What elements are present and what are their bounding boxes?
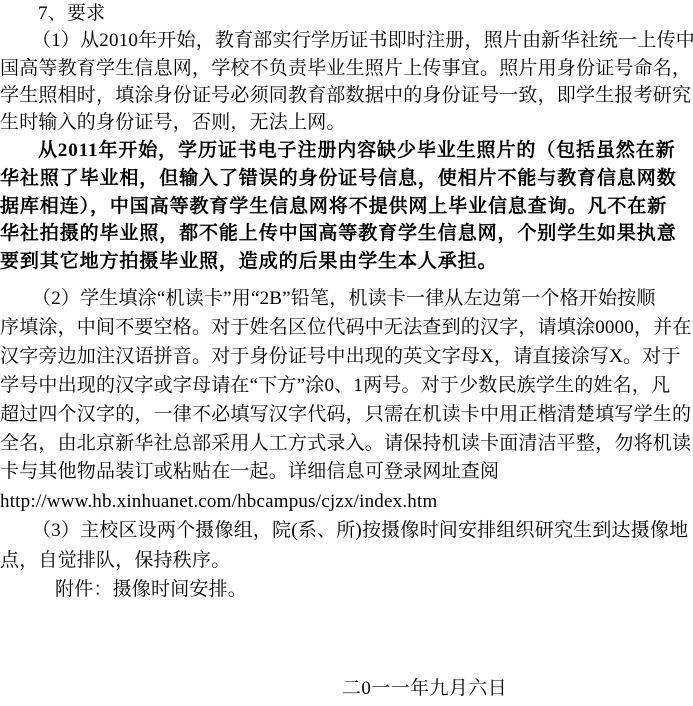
doc-line: 汉字旁边加注汉语拼音。对于身份证号中出现的英文字母X，请直接涂写X。对于 bbox=[0, 346, 681, 367]
doc-line-bold: 要到其它地方拍摄毕业照，造成的后果由学生本人承担。 bbox=[0, 251, 498, 272]
document-page: 7、要求 （1）从2010年开始，教育部实行学历证书即时注册，照片由新华社统一上… bbox=[0, 0, 693, 706]
doc-line-bold: 华社拍摄的毕业照，都不能上传中国高等教育学生信息网，个别学生如果执意 bbox=[0, 223, 677, 244]
doc-line: 点，自觉排队，保持秩序。 bbox=[0, 550, 230, 571]
doc-heading: 7、要求 bbox=[38, 3, 105, 24]
doc-line: 生时输入的身份证号，否则，无法上网。 bbox=[0, 112, 346, 133]
doc-line: （3）主校区设两个摄像组，院(系、所)按摄像时间安排组织研究生到达摄像地 bbox=[32, 520, 688, 541]
doc-line: 学生照相时，填涂身份证号必须同教育部数据中的身份证号一致，即学生报考研究 bbox=[0, 85, 691, 106]
doc-line: 学号中出现的汉字或字母请在“下方”涂0、1两号。对于少数民族学生的姓名，凡 bbox=[0, 375, 670, 396]
doc-line: 序填涂，中间不要空格。对于姓名区位代码中无法查到的汉字，请填涂0000，并在 bbox=[0, 317, 692, 338]
doc-date: 二0一一年九月六日 bbox=[342, 678, 507, 699]
doc-line-bold: 据库相连），中国高等教育学生信息网将不提供网上毕业信息查询。凡不在新 bbox=[0, 196, 667, 217]
doc-line: 超过四个汉字的，一律不必填写汉字代码，只需在机读卡中用正楷清楚填写学生的 bbox=[0, 404, 691, 425]
doc-line: （1）从2010年开始，教育部实行学历证书即时注册，照片由新华社统一上传中 bbox=[32, 30, 693, 51]
doc-line: 国高等教育学生信息网，学校不负责毕业生照片上传事宜。照片用身份证号命名， bbox=[0, 58, 691, 79]
doc-attachment-note: 附件：摄像时间安排。 bbox=[55, 579, 247, 600]
doc-line: 全名，由北京新华社总部采用人工方式录入。请保持机读卡面清洁平整，勿将机读 bbox=[0, 433, 691, 454]
doc-line-bold: 从2011年开始，学历证书电子注册内容缺少毕业生照片的（包括虽然在新 bbox=[38, 140, 676, 161]
doc-line-bold: 华社照了毕业相，但输入了错误的身份证号信息，使相片不能与教育信息网数 bbox=[0, 168, 677, 189]
doc-line: （2）学生填涂“机读卡”用“2B”铅笔，机读卡一律从左边第一个格开始按顺 bbox=[32, 288, 656, 309]
doc-url: http://www.hb.xinhuanet.com/hbcampus/cjz… bbox=[0, 491, 437, 512]
doc-line: 卡与其他物品装订或粘贴在一起。详细信息可登录网址查阅 bbox=[0, 461, 499, 482]
